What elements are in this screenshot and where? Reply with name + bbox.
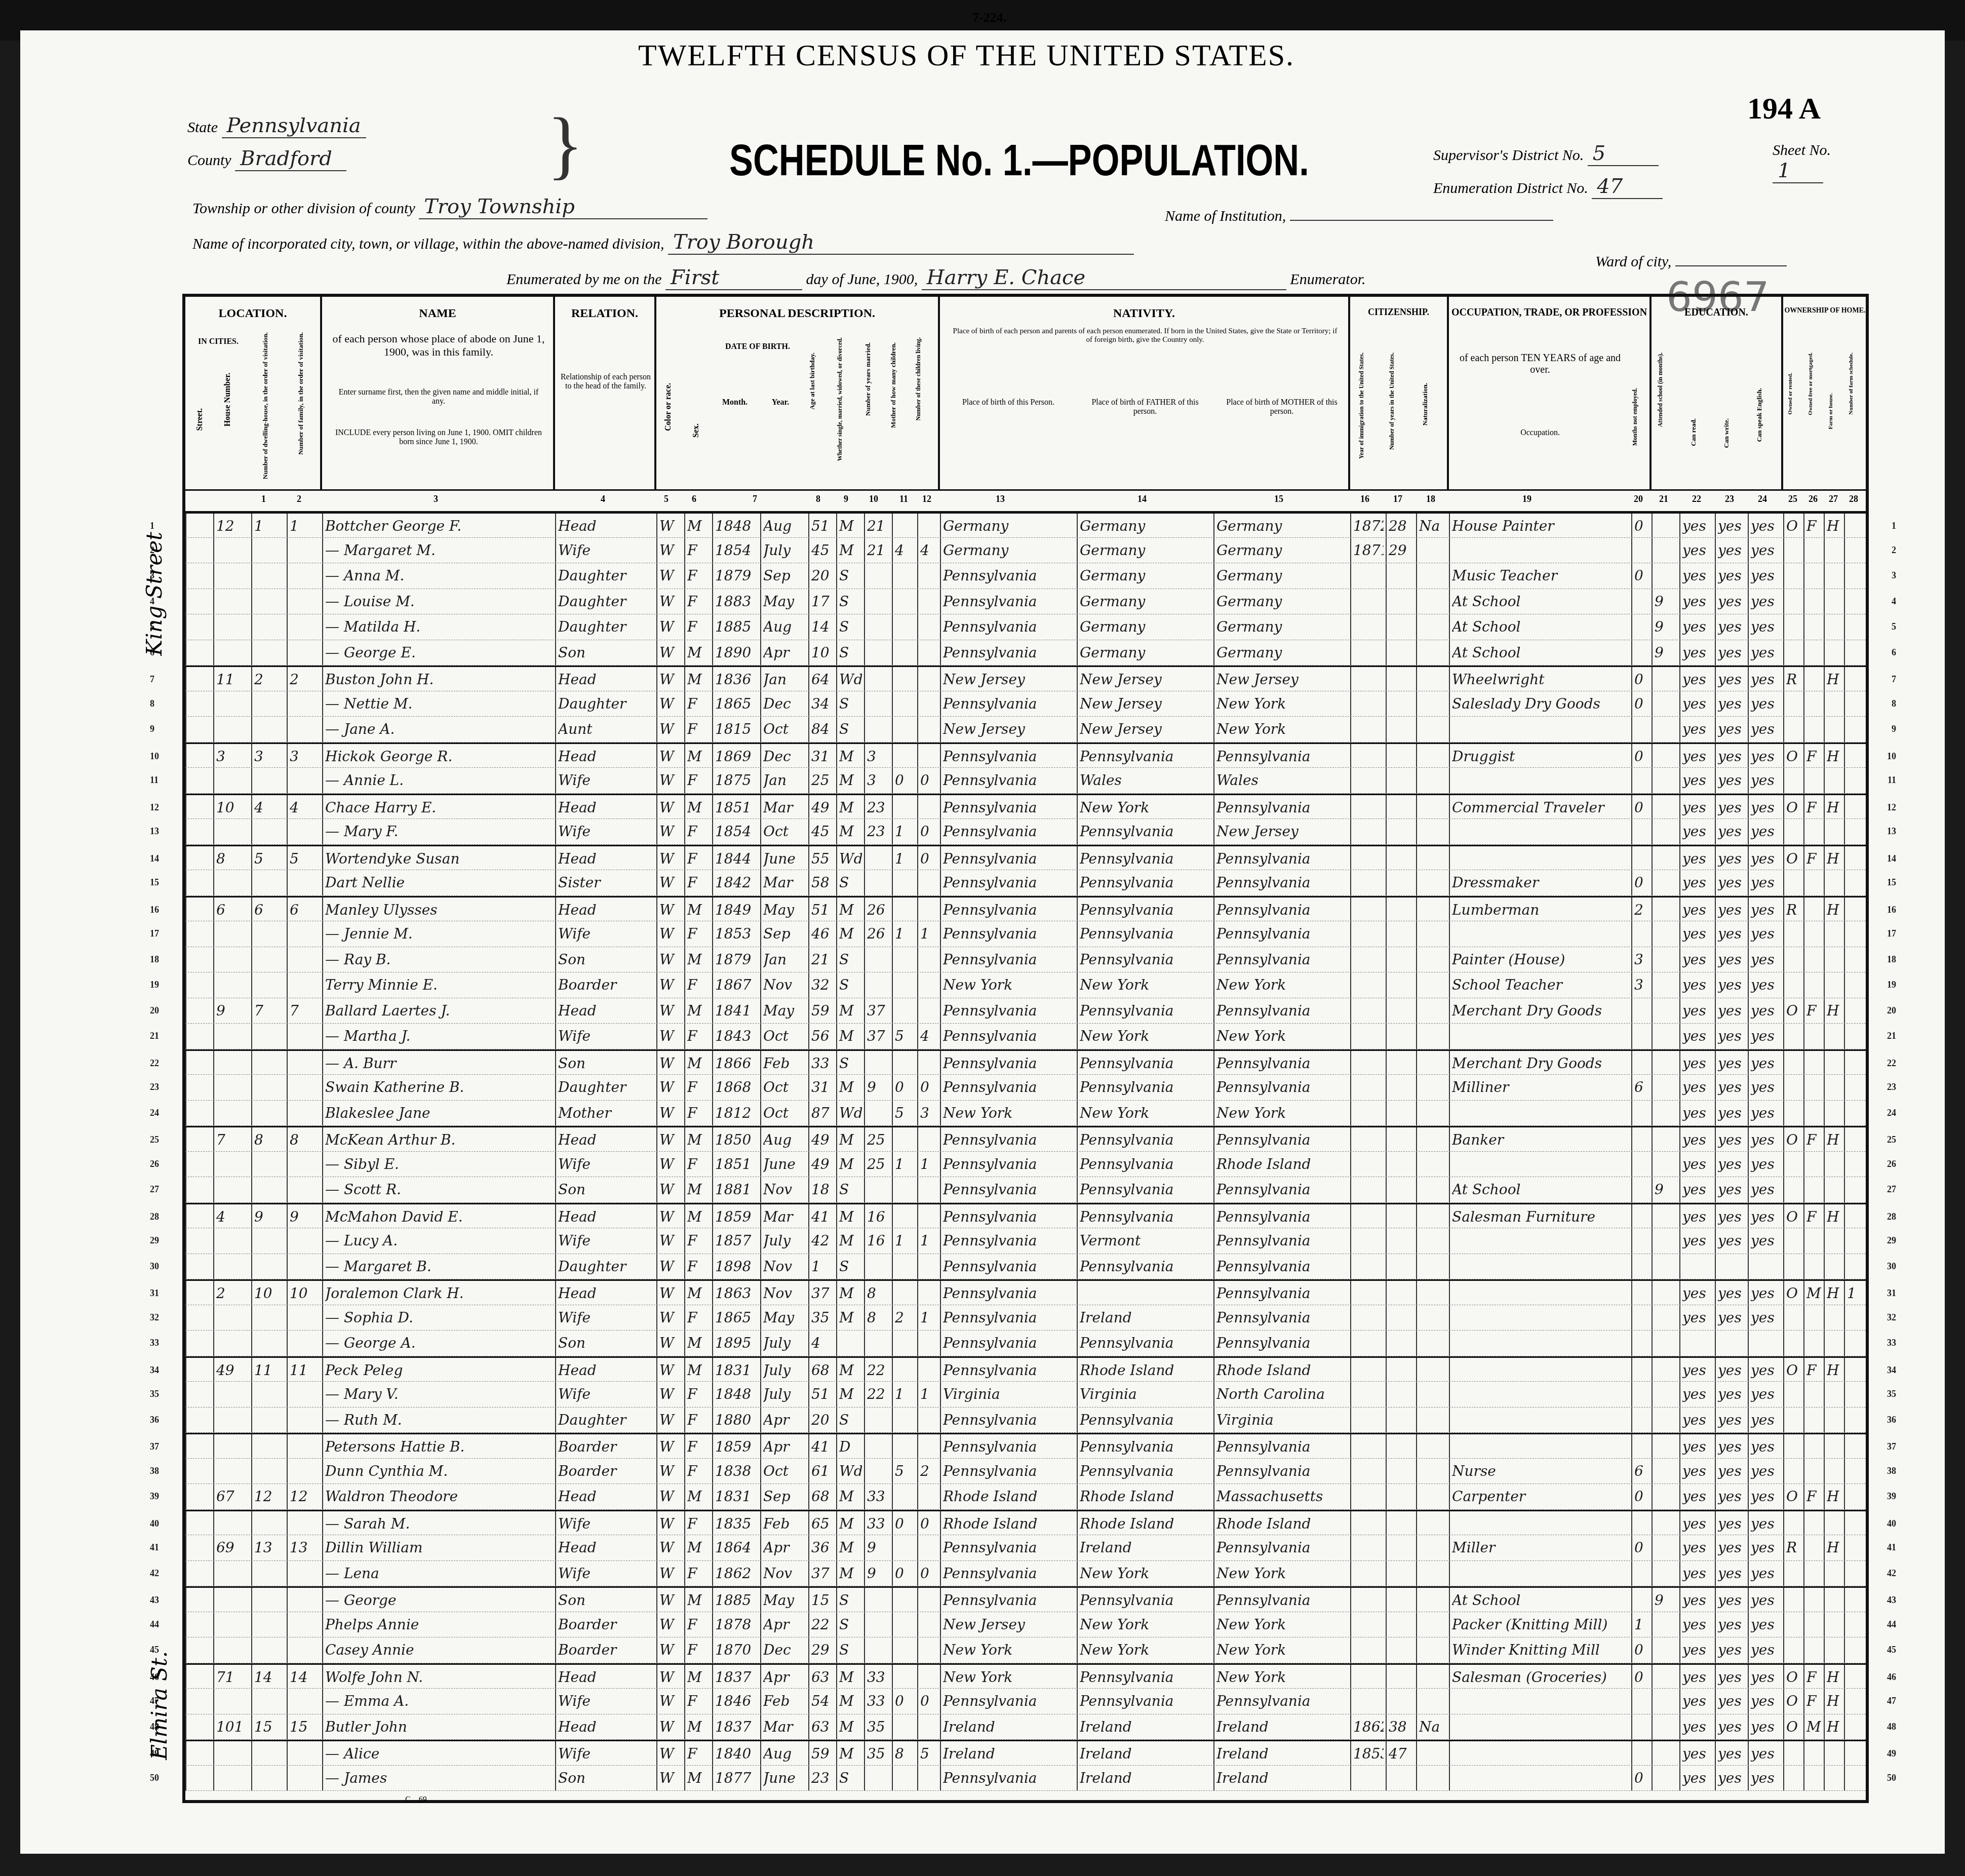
column-divider (1386, 819, 1387, 844)
line-number: 23 (150, 1082, 159, 1092)
column-divider (1652, 870, 1653, 895)
column-divider (712, 717, 713, 742)
line-number: 26 (150, 1159, 159, 1169)
column-divider (1077, 1459, 1078, 1484)
column-divider (892, 1127, 893, 1151)
cell-sex: F (687, 542, 710, 559)
cell-month: July (763, 1232, 806, 1249)
column-divider (322, 1204, 323, 1228)
cell-sex: F (687, 1438, 710, 1455)
column-divider (185, 1101, 186, 1126)
column-divider (1844, 972, 1845, 998)
cell-free: F (1806, 518, 1822, 534)
column-divider (322, 846, 323, 870)
cell-sex: M (687, 1181, 710, 1198)
table-row: 3333— George A.SonWM1895July4Pennsylvani… (185, 1331, 1866, 1356)
column-divider (1803, 1689, 1804, 1714)
line-number: 43 (150, 1595, 159, 1606)
column-divider (1715, 1484, 1716, 1509)
column-divider (808, 1434, 809, 1458)
column-divider (213, 667, 214, 691)
cell-month: Oct (763, 721, 806, 737)
column-divider (808, 1561, 809, 1586)
cell-month: June (763, 850, 806, 867)
column-divider (656, 1408, 657, 1433)
column-divider (836, 614, 837, 640)
column-divider (1652, 1741, 1653, 1765)
column-divider (1715, 1741, 1716, 1765)
column-divider (917, 870, 918, 895)
column-divider (1213, 514, 1214, 537)
cell-speak: yes (1751, 1105, 1781, 1121)
column-divider (684, 1459, 685, 1484)
cell-fh: H (1827, 1539, 1842, 1556)
cell-rel: Wife (558, 925, 654, 942)
column-divider (1803, 538, 1804, 563)
column-divider (836, 998, 837, 1024)
cell-occ: Druggist (1452, 748, 1629, 765)
column-divider (864, 589, 865, 614)
column-divider (322, 1714, 323, 1740)
column-divider (1631, 1689, 1632, 1714)
column-divider (1748, 1051, 1749, 1075)
column-divider (322, 897, 323, 921)
column-divider (808, 897, 809, 921)
cell-ym: 22 (867, 1386, 890, 1402)
cell-name: — Jennie M. (325, 925, 553, 942)
cell-rel: Wife (558, 1028, 654, 1044)
cell-dw: 4 (254, 799, 285, 816)
column-divider (808, 1152, 809, 1177)
column-divider (656, 1127, 657, 1151)
cell-occ: Banker (1452, 1131, 1629, 1148)
column-divider (684, 1331, 685, 1356)
cell-read: yes (1682, 1079, 1713, 1096)
line-number-right: 5 (1892, 621, 1896, 632)
cell-color: W (659, 925, 682, 942)
column-divider (1416, 1281, 1417, 1305)
column-divider (1803, 514, 1804, 537)
column-divider (836, 1741, 837, 1765)
cell-sex: M (687, 1131, 710, 1148)
column-divider (1213, 1588, 1214, 1612)
column-divider (836, 1024, 837, 1049)
column-divider (185, 691, 186, 717)
column-divider (1350, 1612, 1351, 1637)
column-divider (1077, 1075, 1078, 1100)
column-divider (760, 1024, 761, 1049)
column-divider (712, 897, 713, 921)
cell-name: — George E. (325, 644, 553, 661)
column-divider (1824, 795, 1825, 819)
column-divider (185, 1714, 186, 1740)
column-divider (1844, 1204, 1845, 1228)
column-divider (1350, 1665, 1351, 1689)
column-divider (1679, 1766, 1680, 1791)
column-divider (1803, 744, 1804, 768)
column-divider (287, 589, 288, 614)
column-divider (555, 1177, 556, 1202)
cell-month: June (763, 1770, 806, 1786)
cell-mar: S (839, 1412, 862, 1428)
column-divider (185, 1408, 186, 1433)
cell-cl: 3 (920, 1105, 938, 1121)
line-number: 18 (150, 954, 159, 965)
line-number-right: 50 (1887, 1773, 1896, 1783)
column-divider (1748, 1511, 1749, 1535)
column-divider (1803, 614, 1804, 640)
column-divider (760, 897, 761, 921)
cell-year: 1854 (715, 542, 758, 559)
cell-write: yes (1718, 1718, 1746, 1735)
supervisor-district-value: 5 (1588, 142, 1659, 166)
cell-rel: Boarder (558, 1642, 654, 1658)
column-divider (1783, 1665, 1784, 1689)
cell-sex: F (687, 721, 710, 737)
cell-dw: 15 (254, 1718, 285, 1735)
column-divider (836, 1434, 837, 1458)
column-divider (684, 1665, 685, 1689)
column-divider (1748, 1101, 1749, 1126)
column-divider (1679, 998, 1680, 1024)
cell-name: — Sophia D. (325, 1309, 553, 1326)
column-divider (1631, 1459, 1632, 1484)
column-divider (1350, 1535, 1351, 1560)
column-divider (864, 1152, 865, 1177)
column-divider (251, 1331, 252, 1356)
column-divider (917, 998, 918, 1024)
column-divider (864, 1714, 865, 1740)
column-divider (917, 1714, 918, 1740)
cell-mar: S (839, 1258, 862, 1275)
cell-mar: M (839, 1565, 862, 1582)
column-divider (808, 1741, 809, 1765)
line-number-right: 14 (1887, 853, 1896, 864)
column-divider (808, 640, 809, 666)
column-divider (1803, 1665, 1804, 1689)
cell-bf: Germany (1080, 567, 1211, 584)
column-divider (1783, 1766, 1784, 1791)
cell-occ: Music Teacher (1452, 567, 1629, 584)
cell-bm: Pennsylvania (1216, 1181, 1348, 1198)
column-divider (836, 921, 837, 947)
cell-bp: Pennsylvania (943, 1079, 1075, 1096)
cell-cl: 0 (920, 823, 938, 840)
cell-sch: 9 (1655, 593, 1677, 610)
cell-ym: 37 (867, 1002, 890, 1019)
column-divider (684, 1254, 685, 1279)
cell-sch: 9 (1655, 1592, 1677, 1609)
column-divider (1631, 1305, 1632, 1331)
column-divider (555, 819, 556, 844)
column-divider (1803, 1331, 1804, 1356)
cell-name: — Lena (325, 1565, 553, 1582)
cell-bf: Pennsylvania (1080, 902, 1211, 918)
cell-cl: 0 (920, 1079, 938, 1096)
cell-dw: 3 (254, 748, 285, 765)
cell-bm: North Carolina (1216, 1386, 1348, 1402)
column-divider (940, 1766, 941, 1791)
column-divider (656, 870, 657, 895)
column-divider (322, 1434, 323, 1458)
column-divider (185, 768, 186, 793)
column-divider (836, 1051, 837, 1075)
cell-occ: School Teacher (1452, 976, 1629, 993)
cell-bp: Pennsylvania (943, 850, 1075, 867)
column-divider (322, 1305, 323, 1331)
column-divider (940, 1535, 941, 1560)
cell-bm: New York (1216, 1028, 1348, 1044)
column-divider (251, 1484, 252, 1509)
column-number: 8 (816, 494, 820, 504)
column-divider (712, 1484, 713, 1509)
column-divider (656, 1024, 657, 1049)
column-divider (1679, 691, 1680, 717)
column-divider (656, 972, 657, 998)
cell-fh: H (1827, 1693, 1842, 1709)
line-number-right: 19 (1887, 980, 1896, 990)
line-number: 39 (150, 1491, 159, 1502)
column-divider (1077, 1665, 1078, 1689)
cell-yus: 38 (1389, 1718, 1414, 1735)
column-divider (1386, 1305, 1387, 1331)
column-divider (1783, 1127, 1784, 1151)
column-divider (1631, 1051, 1632, 1075)
column-divider (1386, 1561, 1387, 1586)
cell-bf: Rhode Island (1080, 1515, 1211, 1532)
column-divider (864, 1408, 865, 1433)
column-divider (555, 640, 556, 666)
column-divider (760, 1331, 761, 1356)
cell-speak: yes (1751, 671, 1781, 688)
cell-bp: Pennsylvania (943, 1592, 1075, 1609)
column-divider (1449, 947, 1450, 972)
cell-sex: M (687, 1208, 710, 1225)
cell-name: Wortendyke Susan (325, 850, 553, 867)
column-divider (1844, 1281, 1845, 1305)
column-divider (1077, 846, 1078, 870)
column-divider (760, 614, 761, 640)
column-divider (917, 1511, 918, 1535)
column-divider (1416, 538, 1417, 563)
line-number-right: 43 (1887, 1595, 1896, 1606)
line-number-right: 33 (1887, 1338, 1896, 1348)
column-divider (1077, 589, 1078, 614)
column-divider (1416, 1535, 1417, 1560)
column-divider (656, 691, 657, 717)
column-divider (684, 1434, 685, 1458)
column-divider (1077, 1766, 1078, 1791)
cell-mar: M (839, 799, 862, 816)
cell-sex: F (687, 1028, 710, 1044)
column-divider (917, 897, 918, 921)
column-divider (656, 1358, 657, 1382)
column-divider (940, 1612, 941, 1637)
column-divider (1824, 1408, 1825, 1433)
cell-mar: Wd (839, 1105, 862, 1121)
column-divider (1715, 1152, 1716, 1177)
column-divider (760, 921, 761, 947)
column-divider (1416, 1358, 1417, 1382)
cell-bp: Pennsylvania (943, 1232, 1075, 1249)
column-divider (1844, 795, 1845, 819)
column-divider (656, 897, 657, 921)
column-divider (892, 1561, 893, 1586)
column-divider (287, 1741, 288, 1765)
column-divider (760, 1535, 761, 1560)
column-divider (836, 1152, 837, 1177)
column-divider (1783, 998, 1784, 1024)
column-divider (1449, 1177, 1450, 1202)
cell-bf: Pennsylvania (1080, 951, 1211, 968)
column-divider (1449, 1152, 1450, 1177)
cell-house: 4 (216, 1208, 249, 1225)
cell-cl: 0 (920, 1515, 938, 1532)
column-divider (1652, 819, 1653, 844)
column-divider (917, 1689, 918, 1714)
column-divider (1783, 1689, 1784, 1714)
column-divider (185, 1434, 186, 1458)
column-divider (185, 947, 186, 972)
column-divider (1350, 947, 1351, 972)
column-divider (1449, 1228, 1450, 1254)
column-divider (287, 1588, 288, 1612)
column-divider (808, 1382, 809, 1407)
column-divider (1783, 870, 1784, 895)
cell-color: W (659, 721, 682, 737)
column-divider (864, 1612, 865, 1637)
column-divider (1824, 1024, 1825, 1049)
cell-year: 1881 (715, 1181, 758, 1198)
column-divider (940, 1101, 941, 1126)
column-divider (892, 1382, 893, 1407)
cell-own: R (1786, 1539, 1801, 1556)
column-divider (185, 998, 186, 1024)
line-number: 21 (150, 1031, 159, 1041)
column-divider (1077, 1511, 1078, 1535)
column-divider (656, 921, 657, 947)
table-row: 3939671212Waldron TheodoreHeadWM1831Sep6… (185, 1484, 1866, 1510)
cell-rel: Head (558, 850, 654, 867)
column-divider (892, 1152, 893, 1177)
cell-house: 9 (216, 1002, 249, 1019)
column-divider (251, 870, 252, 895)
column-divider (1213, 1561, 1214, 1586)
column-number: 15 (1274, 494, 1283, 504)
column-divider (1824, 870, 1825, 895)
column-divider (892, 1204, 893, 1228)
line-number-right: 21 (1887, 1031, 1896, 1041)
column-divider (760, 1561, 761, 1586)
column-divider (1386, 870, 1387, 895)
line-number-right: 40 (1887, 1518, 1896, 1529)
column-divider (213, 1408, 214, 1433)
column-divider (1386, 1254, 1387, 1279)
column-divider (185, 1689, 186, 1714)
cell-house: 10 (216, 799, 249, 816)
cell-year: 1859 (715, 1208, 758, 1225)
cell-year: 1878 (715, 1616, 758, 1633)
column-divider (684, 1152, 685, 1177)
column-divider (864, 1024, 865, 1049)
column-divider (555, 1331, 556, 1356)
column-divider (1386, 921, 1387, 947)
column-divider (1652, 1665, 1653, 1689)
column-divider (251, 1281, 252, 1305)
column-divider (1386, 1714, 1387, 1740)
column-divider (185, 1561, 186, 1586)
form-number: 7-224. (972, 10, 1006, 25)
cell-rel: Head (558, 1002, 654, 1019)
column-divider (1631, 1561, 1632, 1586)
cell-month: Apr (763, 1412, 806, 1428)
column-divider (1631, 589, 1632, 614)
column-divider (684, 667, 685, 691)
cell-mar: M (839, 823, 862, 840)
line-number: 10 (150, 751, 159, 762)
column-divider (1679, 897, 1680, 921)
table-row: 2424Blakeslee JaneMotherWF1812Oct87Wd53N… (185, 1101, 1866, 1126)
column-divider (836, 1254, 837, 1279)
column-divider (656, 1075, 657, 1100)
column-divider (892, 614, 893, 640)
cell-mar: M (839, 1693, 862, 1709)
column-divider (322, 768, 323, 793)
column-divider (1077, 614, 1078, 640)
cell-cl: 4 (920, 542, 938, 559)
column-divider (892, 1434, 893, 1458)
column-divider (555, 795, 556, 819)
line-number: 32 (150, 1312, 159, 1323)
column-divider (1748, 795, 1749, 819)
column-divider (1679, 1358, 1680, 1382)
cell-unemp: 0 (1634, 748, 1649, 765)
cell-rel: Sister (558, 874, 654, 891)
column-divider (213, 1434, 214, 1458)
column-divider (213, 1051, 214, 1075)
cell-name: Dart Nellie (325, 874, 553, 891)
cell-house: 2 (216, 1285, 249, 1302)
line-number: 7 (150, 674, 154, 685)
column-divider (213, 538, 214, 563)
column-divider (940, 1382, 941, 1407)
column-divider (1350, 921, 1351, 947)
column-divider (1449, 972, 1450, 998)
cell-age: 68 (811, 1488, 834, 1505)
column-divider (1449, 998, 1450, 1024)
column-divider (1077, 1561, 1078, 1586)
column-divider (1824, 1665, 1825, 1689)
cell-rel: Head (558, 1718, 654, 1735)
column-divider (1748, 514, 1749, 537)
column-divider (213, 1689, 214, 1714)
cell-sex: F (687, 1642, 710, 1658)
column-divider (864, 1689, 865, 1714)
cell-name: Phelps Annie (325, 1616, 553, 1633)
column-divider (1213, 1101, 1214, 1126)
cell-write: yes (1718, 671, 1746, 688)
column-divider (1631, 768, 1632, 793)
column-divider (684, 1511, 685, 1535)
column-divider (1350, 1766, 1351, 1791)
column-divider (1715, 795, 1716, 819)
cell-sex: M (687, 1055, 710, 1072)
column-divider (1631, 1331, 1632, 1356)
column-divider (917, 1612, 918, 1637)
column-divider (940, 1665, 941, 1689)
column-divider (1449, 1254, 1450, 1279)
cell-bp: Pennsylvania (943, 823, 1075, 840)
